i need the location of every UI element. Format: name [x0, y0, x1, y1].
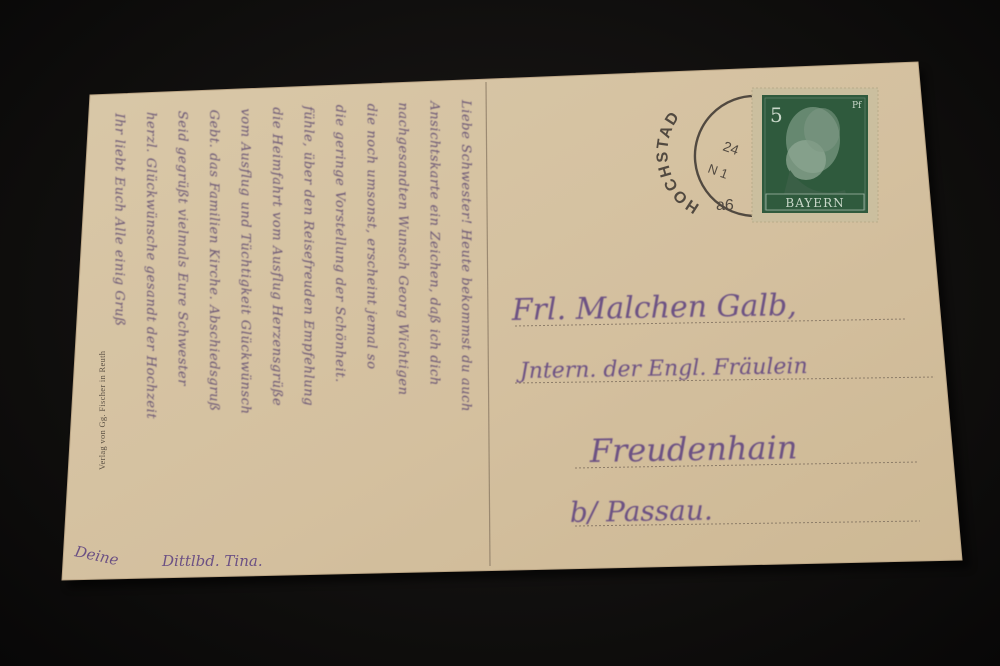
- postage-stamp: 5 Pf BAYERN: [752, 88, 878, 222]
- message-line: Gebt. das Familien Kirche. Abschiedsgruß: [206, 110, 221, 412]
- postmark-code: a6: [716, 197, 734, 214]
- stamp-corner-mark: Pf: [852, 101, 862, 111]
- message-line: nachgesandten Wunsch Georg Wichtigen: [395, 102, 410, 395]
- message-line: vom Ausflug und Tüchtigkeit Glückwünsch: [238, 108, 253, 414]
- message-line: Liebe Schwester! Heute bekommst du auch: [458, 99, 473, 412]
- address-line-3: Freudenhain: [588, 428, 797, 470]
- address-line-1: Frl. Malchen Galb,: [511, 288, 798, 328]
- message-line: herzl. Glückwünsche gesandt der Hochzeit: [143, 112, 158, 419]
- publisher-imprint: Verlag von Gg. Fischer in Reuth: [97, 350, 107, 470]
- message-line: die Heimfahrt vom Ausflug Herzensgrüße: [269, 107, 284, 406]
- stamp-country: BAYERN: [785, 196, 844, 210]
- signature: Dittlbd. Tina.: [161, 552, 263, 570]
- message-line: Seid gegrüßt vielmals Eure Schwester: [175, 111, 190, 386]
- message-line: die geringe Vorstellung der Schönheit.: [332, 105, 347, 383]
- message-line: fühle, über den Reisefreuden Empfehlung: [301, 105, 316, 406]
- message-line: Ansichtskarte ein Zeichen, daß ich dich: [427, 100, 442, 386]
- address-line-4: b/ Passau.: [570, 494, 713, 529]
- message-line: Ihr liebt Euch Alle einig Gruß: [112, 112, 127, 326]
- address-line-2: Jntern. der Engl. Fräulein: [516, 354, 808, 384]
- postcard-svg: Liebe Schwester! Heute bekommst du auchA…: [0, 0, 1000, 666]
- stamp-value: 5: [770, 103, 783, 127]
- message-line: die noch umsonst, erscheint jemal so: [364, 104, 379, 370]
- postcard: Liebe Schwester! Heute bekommst du auchA…: [0, 0, 1000, 666]
